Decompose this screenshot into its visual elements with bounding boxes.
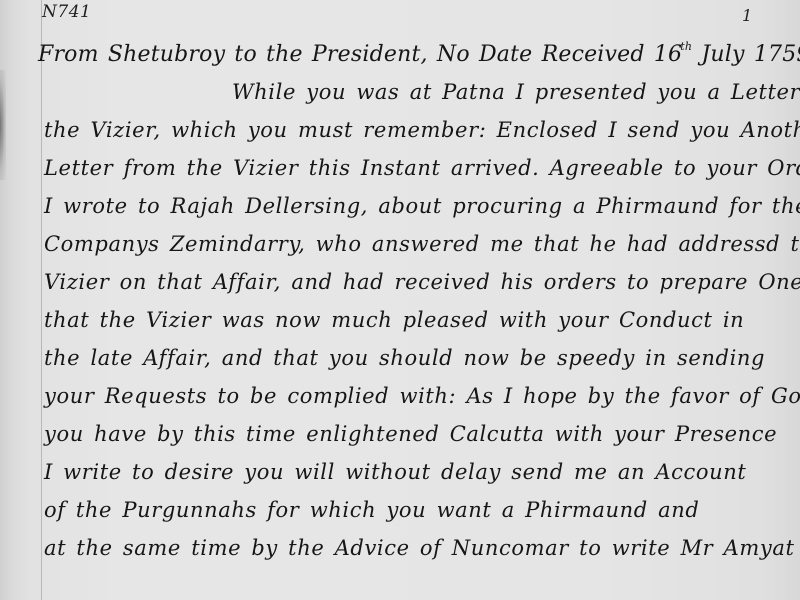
date-ordinal-superscript: th (680, 40, 692, 53)
letter-line-9: your Requests to be complied with: As I … (44, 384, 800, 408)
letter-line-1: While you was at Patna I presented you a… (232, 80, 800, 104)
letter-line-11: I write to desire you will without delay… (44, 460, 746, 484)
heading-date: July 1759. (701, 42, 800, 67)
letter-line-7: that the Vizier was now much pleased wit… (44, 308, 744, 332)
letter-heading: From Shetubroy to the President, No Date… (38, 40, 800, 67)
page-number: 1 (742, 6, 752, 25)
letter-line-6: Vizier on that Affair, and had received … (44, 270, 800, 294)
letter-line-5: Companys Zemindarry, who answered me tha… (44, 232, 800, 256)
letter-line-12: of the Purgunnahs for which you want a P… (44, 498, 699, 522)
edge-stain (0, 70, 6, 180)
heading-text: From Shetubroy to the President, No Date… (38, 42, 682, 67)
margin-rule (41, 0, 42, 600)
letter-line-3: Letter from the Vizier this Instant arri… (44, 156, 800, 180)
folio-number: N741 (42, 2, 91, 22)
letter-line-10: you have by this time enlightened Calcut… (44, 422, 777, 446)
letter-line-13: at the same time by the Advice of Nuncom… (44, 536, 795, 560)
letter-line-2: the Vizier, which you must remember: Enc… (44, 118, 800, 142)
letter-line-8: the late Affair, and that you should now… (44, 346, 765, 370)
manuscript-page: N741 1 From Shetubroy to the President, … (0, 0, 800, 600)
letter-line-4: I wrote to Rajah Dellersing, about procu… (44, 194, 800, 218)
